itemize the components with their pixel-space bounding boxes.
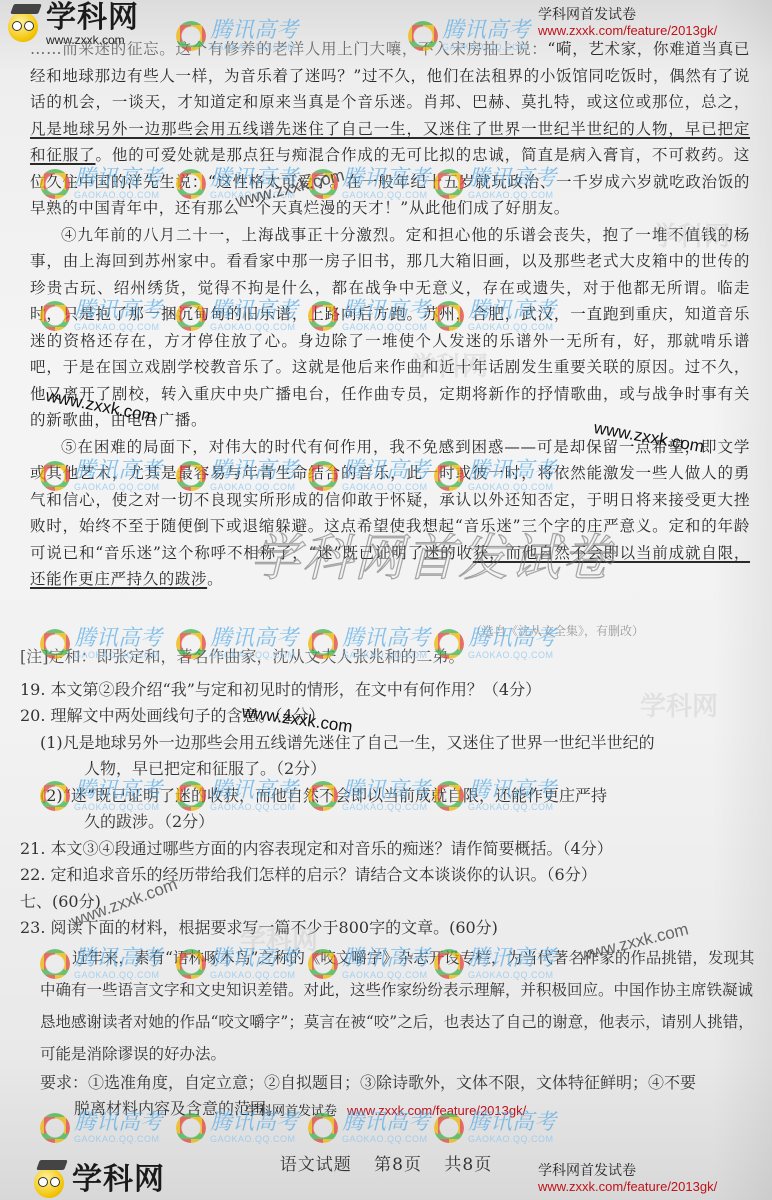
question-19: 19. 本文第②段介绍“我”与定和初见时的情形，在文中有何作用？（4分） [20,677,760,704]
paragraph-5: ⑤在困难的局面下，对伟大的时代有何作用，我不免感到困惑——可是却保留一点希望，即… [30,434,750,593]
footer-page: 第8页 [374,1155,422,1175]
note: [注]定和：即张定和，著名作曲家，沈从文夫人张兆和的二弟。 [20,644,760,671]
passage: ……而来迷的征忘。这个有修养的老洋人用上门大嚷，不入宋房抽上说：“嗬，艺术家，你… [30,36,750,593]
mascot-graduate-icon [30,1158,70,1200]
question-20-1-line2: 人物，早已把定和征服了。（2分） [84,756,760,783]
question-20-2-line1: (2)“迷”既已证明了迷的收获，而他自然不会即以当前成就自限，还能作更庄严持 [40,783,760,810]
question-20-1-line1: (1)凡是地球另外一边那些会用五线谱先迷住了自己一生，又迷住了世界一世纪半世纪的 [40,730,760,757]
zxxk-logo-bottom: 学科网 [30,1158,165,1200]
question-23-requirements-line1: 要求：①选准角度，自定立意；②自拟题目；③除诗歌外，文体不限，文体特征鲜明；④不… [40,1070,760,1097]
paragraph-4: ④九年前的八月二十一，上海战事正十分激烈。定和担心他的乐谱会丧失，抱了一堆不值钱… [30,222,750,434]
paragraph-3: ……而来迷的征忘。这个有修养的老洋人用上门大嚷，不入宋房抽上说：“嗬，艺术家，你… [30,36,750,222]
question-22: 22. 定和追求音乐的经历带给我们怎样的启示？请结合文本谈谈你的认识。（6分） [20,862,760,889]
logo-brand: 学科网 [46,2,139,34]
footer-subject: 语文试题 [280,1155,352,1175]
passage-top-fragment: ……而来迷的征忘。这个有修养的老洋人用上门大嚷，不入宋房抽上说： [30,40,547,58]
question-21: 21. 本文③④段通过哪些方面的内容表现定和对音乐的痴迷？请作简要概括。（4分） [20,836,760,863]
question-20: 20. 理解文中两处画线句子的含意。（4分） [20,703,760,730]
header-stamp: 学科网首发试卷 www.zxxk.com/feature/2013gk/ [538,6,717,38]
source-credit: （选自《沈从文全集》，有删改） [470,622,644,639]
question-23: 23. 阅读下面的材料，根据要求写一篇不少于800字的文章。(60分) [20,915,760,942]
section-7-heading: 七、(60分) [20,889,760,916]
mid-stamp: 学科网首发试卷 www.zxxk.com/feature/2013gk/ [246,1102,526,1119]
questions: [注]定和：即张定和，著名作曲家，沈从文夫人张兆和的二弟。 19. 本文第②段介… [20,644,760,1123]
footer-total: 共8页 [444,1155,492,1175]
footer-stamp: 学科网首发试卷 www.zxxk.com/feature/2013gk/ [538,1162,717,1194]
question-20-2-line2: 久的跋涉。（2分） [84,809,760,836]
question-23-material: 近年来，素有“语林啄木鸟”之称的《咬文嚼字》杂志开设专栏，为当代著名作家的作品挑… [40,942,760,1070]
exam-page: 学科网 www.zxxk.com 学科网首发试卷 www.zxxk.com/fe… [0,0,772,1200]
stamp-title: 学科网首发试卷 [538,6,717,23]
